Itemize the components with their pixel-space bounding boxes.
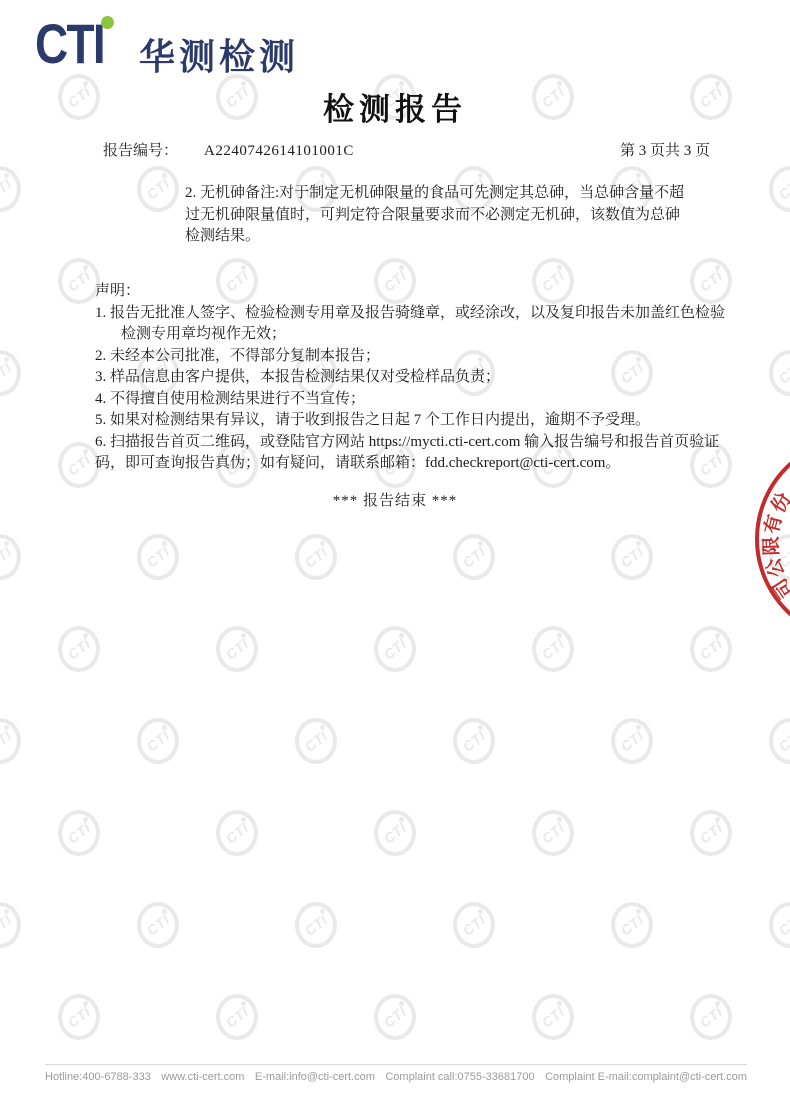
declaration-line: 4. 不得擅自使用检测结果进行不当宣传；: [95, 389, 720, 411]
declaration-heading: 声明：: [95, 281, 720, 303]
footer-divider: [45, 1064, 747, 1065]
report-no-label: 报告编号：: [103, 143, 178, 159]
declaration-line: 检测专用章均视作无效；: [95, 324, 720, 346]
footer-item: E-mail:info@cti-cert.com: [255, 1071, 375, 1083]
footer-contact-bar: Hotline:400-6788-333www.cti-cert.comE-ma…: [45, 1071, 747, 1083]
report-end-marker: *** 报告结束 ***: [0, 489, 790, 510]
declaration-line: 2. 未经本公司批准，不得部分复制本报告；: [95, 346, 720, 368]
logo-cti-text: CTI: [35, 16, 104, 72]
note-line: 2. 无机砷备注:对于制定无机砷限量的食品可先测定其总砷，当总砷含量不超: [185, 183, 705, 205]
declaration-line: 3. 样品信息由客户提供，本报告检测结果仅对受检样品负责；: [95, 367, 720, 389]
footer-item: Complaint call:0755-33681700: [385, 1071, 534, 1083]
page-title: 检测报告: [0, 84, 790, 129]
cti-logo: CTI 华测检测: [35, 16, 119, 86]
declaration-line: 码，即可查询报告真伪；如有疑问，请联系邮箱：fdd.checkreport@ct…: [95, 453, 720, 475]
inorganic-arsenic-note: 2. 无机砷备注:对于制定无机砷限量的食品可先测定其总砷，当总砷含量不超过无机砷…: [185, 183, 705, 248]
declaration-items: 1. 报告无批准人签字、检验检测专用章及报告骑缝章，或经涂改，以及复印报告未加盖…: [95, 303, 720, 475]
footer-item: Hotline:400-6788-333: [45, 1071, 151, 1083]
logo-company-name: 华测检测: [139, 29, 299, 80]
declaration-line: 1. 报告无批准人签字、检验检测专用章及报告骑缝章，或经涂改，以及复印报告未加盖…: [95, 303, 720, 325]
declaration-line: 6. 扫描报告首页二维码，或登陆官方网站 https://mycti.cti-c…: [95, 432, 720, 454]
green-dot-icon: [101, 16, 114, 29]
report-page: CTICTICTICTICTICTICTICTICTICTICTICTICTIC…: [0, 0, 790, 1117]
note-line: 检测结果。: [185, 226, 705, 248]
report-no-value: A2240742614101001C: [204, 143, 354, 159]
declaration-section: 声明： 1. 报告无批准人签字、检验检测专用章及报告骑缝章，或经涂改，以及复印报…: [95, 281, 720, 475]
footer-item: www.cti-cert.com: [161, 1071, 244, 1083]
note-line: 过无机砷限量值时，可判定符合限量要求而不必测定无机砷，该数值为总砷: [185, 205, 705, 227]
page-indicator: 第 3 页共 3 页: [620, 139, 710, 160]
declaration-line: 5. 如果对检测结果有异议，请于收到报告之日起 7 个工作日内提出，逾期不予受理…: [95, 410, 720, 432]
report-meta: 报告编号：A2240742614101001C 第 3 页共 3 页: [103, 139, 710, 160]
report-content: CTI 华测检测 检测报告 报告编号：A2240742614101001C 第 …: [0, 0, 790, 1117]
footer-item: Complaint E-mail:complaint@cti-cert.com: [545, 1071, 747, 1083]
